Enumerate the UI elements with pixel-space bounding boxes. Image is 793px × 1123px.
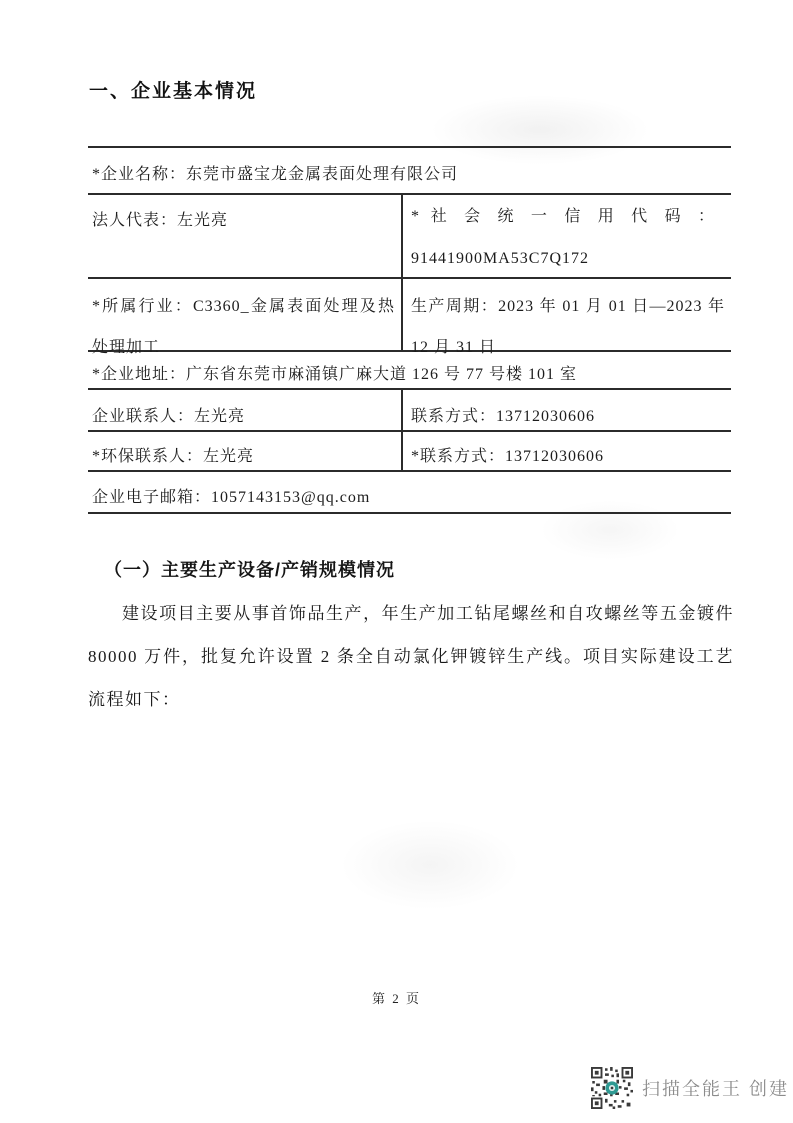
credit-code-label: * 社 会 统 一 信 用 代 码 ： [411,207,725,227]
field-value: 1057143153@qq.com [211,489,370,506]
env-contact-cell: *环保联系人：左光亮 [88,432,403,470]
company-name-cell: *企业名称：东莞市盛宝龙金属表面处理有限公司 [88,148,731,193]
field-label: 企业电子邮箱： [92,489,211,506]
section-heading: （一）主要生产设备/产销规模情况 [104,556,395,582]
table-row-legal-representative: 法人代表：左光亮 * 社 会 统 一 信 用 代 码 ： 91441900MA5… [88,195,731,279]
scanned-document-page: 一、企业基本情况 *企业名称：东莞市盛宝龙金属表面处理有限公司 法人代表：左光亮… [0,0,793,1123]
company-contact-cell: 企业联系人：左光亮 [88,390,403,430]
company-address-cell: *企业地址：广东省东莞市麻涌镇广麻大道 126 号 77 号楼 101 室 [88,352,731,388]
table-row-address: *企业地址：广东省东莞市麻涌镇广麻大道 126 号 77 号楼 101 室 [88,352,731,390]
contact-phone-cell: 联系方式：13712030606 [403,390,731,430]
qr-code-icon [591,1066,633,1110]
legal-representative-cell: 法人代表：左光亮 [88,195,403,277]
table-row-email: 企业电子邮箱：1057143153@qq.com [88,472,731,514]
body-paragraph: 建设项目主要从事首饰品生产，年生产加工钻尾螺丝和自攻螺丝等五金镀件 80000 … [88,592,734,721]
scan-noise [340,820,520,910]
field-value: 广东省东莞市麻涌镇广麻大道 126 号 77 号楼 101 室 [186,366,577,383]
field-label: *企业地址： [92,366,186,383]
table-row-company-name: *企业名称：东莞市盛宝龙金属表面处理有限公司 [88,148,731,195]
industry-cell: *所属行业：C3360_金属表面处理及热处理加工 [88,279,403,350]
table-row-company-contact: 企业联系人：左光亮 联系方式：13712030606 [88,390,731,432]
field-value: 东莞市盛宝龙金属表面处理有限公司 [186,166,458,183]
page-title: 一、企业基本情况 [89,76,257,103]
credit-code-cell: * 社 会 统 一 信 用 代 码 ： 91441900MA53C7Q172 [403,195,731,277]
page-number: 第 2 页 [0,988,793,1007]
company-info-table: *企业名称：东莞市盛宝龙金属表面处理有限公司 法人代表：左光亮 * 社 会 统 … [88,146,731,514]
table-row-env-contact: *环保联系人：左光亮 *联系方式：13712030606 [88,432,731,472]
production-period-cell: 生产周期：2023 年 01 月 01 日—2023 年 12 月 31 日 [403,279,731,350]
env-contact-phone-cell: *联系方式：13712030606 [403,432,731,470]
table-row-industry: *所属行业：C3360_金属表面处理及热处理加工 生产周期：2023 年 01 … [88,279,731,352]
scanner-watermark-label: 扫描全能王 创建 [642,1075,789,1101]
field-label: *企业名称： [92,166,186,183]
company-email-cell: 企业电子邮箱：1057143153@qq.com [88,472,731,512]
credit-code-value: 91441900MA53C7Q172 [411,249,725,269]
scanner-watermark: 扫描全能王 创建 [591,1066,789,1110]
